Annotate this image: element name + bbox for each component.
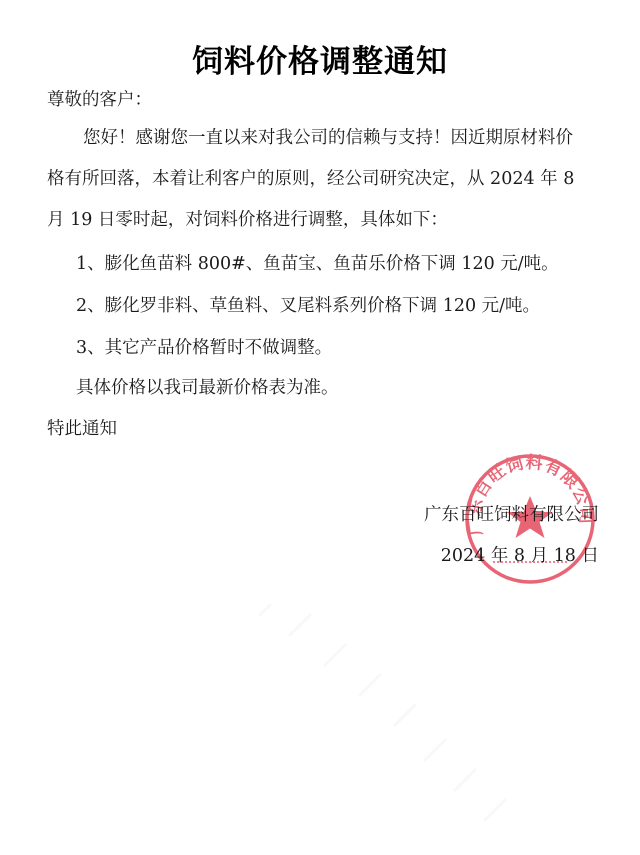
price-note: 具体价格以我司最新价格表为准。 <box>76 380 339 398</box>
closing-remark: 特此通知 <box>47 421 117 439</box>
body-line-2: 格有所回落，本着让利客户的原则，经公司研究决定，从 2024 年 8 <box>47 171 574 189</box>
signature-company: 广东百旺饲料有限公司 <box>424 507 599 525</box>
salutation: 尊敬的客户： <box>47 92 152 110</box>
notice-document: 饲料价格调整通知 尊敬的客户： 您好！感谢您一直以来对我公司的信赖与支持！因近期… <box>0 0 640 855</box>
adjustment-item-3: 3、其它产品价格暂时不做调整。 <box>76 340 332 358</box>
adjustment-item-1: 1、膨化鱼苗料 800#、鱼苗宝、鱼苗乐价格下调 120 元/吨。 <box>76 256 559 274</box>
document-title: 饲料价格调整通知 <box>0 36 640 81</box>
signature-date: 2024 年 8 月 18 日 <box>441 548 599 566</box>
body-line-1: 您好！感谢您一直以来对我公司的信赖与支持！因近期原材料价 <box>83 130 573 148</box>
adjustment-item-2: 2、膨化罗非料、草鱼料、叉尾料系列价格下调 120 元/吨。 <box>76 298 540 316</box>
body-line-3: 月 19 日零时起，对饲料价格进行调整，具体如下： <box>47 212 448 230</box>
watermark-streaks <box>255 590 515 830</box>
